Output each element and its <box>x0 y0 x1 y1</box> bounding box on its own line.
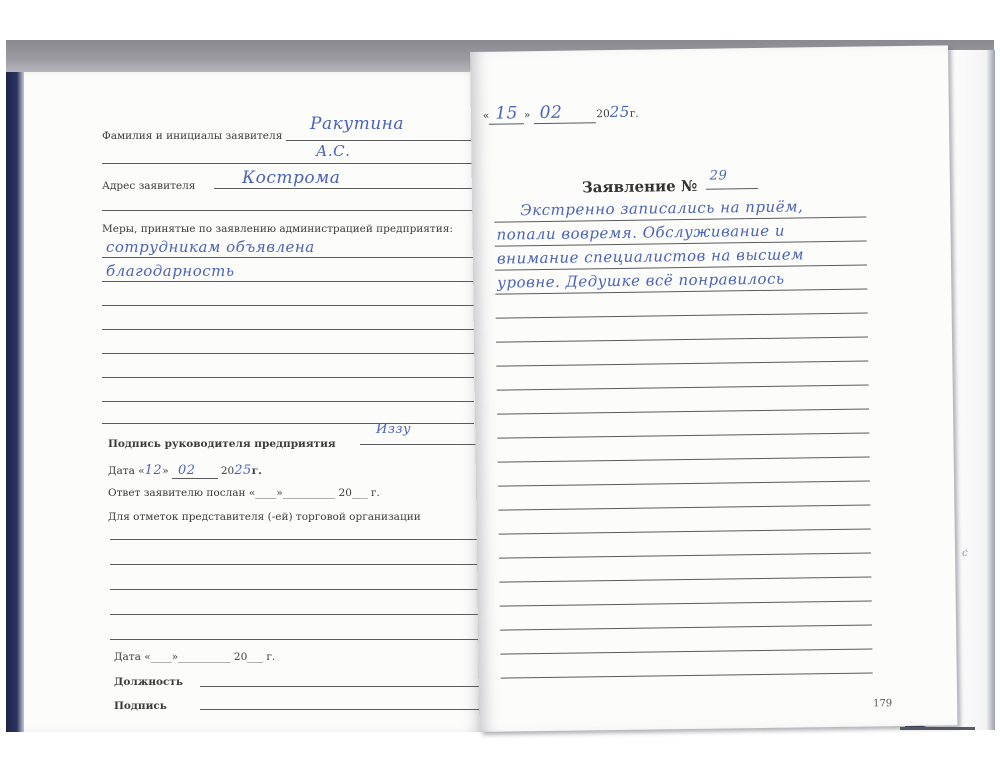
page-number: 179 <box>873 698 892 709</box>
manager-signature-value: Иззу <box>376 422 411 437</box>
measures-line <box>102 353 474 354</box>
applicant-name-line <box>286 140 471 141</box>
manager-signature-line <box>360 444 476 445</box>
statement-title: Заявление № <box>582 177 698 197</box>
measures-value-line-1: сотрудникам объявлена <box>106 238 315 256</box>
date-year-value: 25 <box>234 463 252 478</box>
notes-line <box>110 589 478 590</box>
header-year-abbr: г. <box>630 108 639 120</box>
manager-signature-label: Подпись руководителя предприятия <box>108 438 336 450</box>
statement-line <box>499 528 871 534</box>
statement-line <box>496 360 868 366</box>
ink-mark: c <box>962 548 968 559</box>
right-page: «15» 022025г. Заявление № 29 Экстренно з… <box>470 45 957 732</box>
statement-line <box>500 648 872 654</box>
statement-line <box>498 456 870 462</box>
signature-line <box>200 709 480 710</box>
statement-text-line-2: попали вовремя. Обслуживание и <box>496 222 785 244</box>
statement-line <box>497 384 869 390</box>
measures-label: Меры, принятые по заявлению администраци… <box>102 223 453 235</box>
left-page: Фамилия и инициалы заявителя Ракутина А.… <box>24 72 484 732</box>
header-date-year: 25 <box>610 103 630 121</box>
date-month-value: 02 <box>172 463 218 479</box>
applicant-address-line <box>214 188 472 189</box>
year-abbr: г. <box>252 465 262 477</box>
statement-line <box>500 624 872 630</box>
statement-line <box>497 432 869 438</box>
representative-notes-label: Для отметок представителя (-ей) торговой… <box>108 511 421 523</box>
statement-line <box>496 336 868 342</box>
statement-line <box>500 600 872 606</box>
applicant-name-value: Ракутина <box>310 114 404 134</box>
notes-line <box>110 564 478 565</box>
notes-line <box>110 639 478 640</box>
applicant-initials-value: А.С. <box>316 142 350 160</box>
measures-line <box>102 329 474 330</box>
applicant-address-line-2 <box>102 210 472 211</box>
measures-line <box>102 423 474 424</box>
reply-sent-label: Ответ заявителю послан «____»__________ … <box>108 487 380 499</box>
statement-line <box>498 504 870 510</box>
statement-text-line-3: внимание специалистов на высшем <box>497 245 804 267</box>
statement-line <box>499 576 871 582</box>
date-day-value: 12 <box>145 463 163 478</box>
statement-text-line-1: Экстренно записались на приём, <box>520 197 803 219</box>
position-line <box>200 686 480 687</box>
position-label: Должность <box>114 676 183 688</box>
statement-line <box>496 312 868 318</box>
bottom-date-label: Дата «____»__________ 20___ г. <box>114 651 275 663</box>
book-cover-edge <box>900 727 975 730</box>
date-label-text: Дата <box>108 465 135 477</box>
signature-label: Подпись <box>114 700 167 712</box>
measures-line <box>102 401 474 402</box>
notes-line <box>110 539 478 540</box>
statement-number-line <box>706 188 758 190</box>
date-year-prefix: 20 <box>221 465 234 477</box>
measures-line <box>102 377 474 378</box>
statement-text-line-4: уровне. Дедушке всё понравилось <box>497 270 785 292</box>
applicant-name-line-2 <box>102 163 472 164</box>
measures-line <box>102 305 474 306</box>
notes-line <box>110 614 478 615</box>
statement-line <box>498 480 870 486</box>
statement-line <box>499 552 871 558</box>
statement-line <box>497 408 869 414</box>
measures-line <box>102 281 474 282</box>
header-date-month: 02 <box>534 102 597 124</box>
statement-number: 29 <box>710 168 728 183</box>
header-date-year-prefix: 20 <box>596 108 610 120</box>
measures-line <box>102 257 474 258</box>
header-date-day: 15 <box>489 103 524 124</box>
book-cover-left <box>6 72 24 732</box>
applicant-name-label: Фамилия и инициалы заявителя <box>102 130 282 142</box>
header-date: «15» 022025г. <box>483 102 639 124</box>
applicant-address-value: Кострома <box>242 168 340 188</box>
date-label: Дата «12» 02 2025г. <box>108 463 262 478</box>
applicant-address-label: Адрес заявителя <box>102 180 195 192</box>
statement-line <box>501 672 873 678</box>
measures-value-line-2: благодарность <box>106 262 235 280</box>
